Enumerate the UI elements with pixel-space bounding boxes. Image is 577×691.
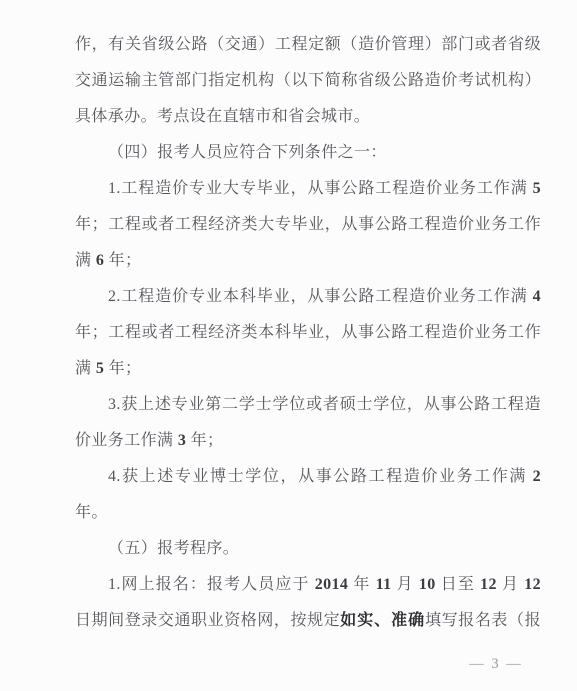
text-segment: 日期间登录交通职业资格网，按规定 [75, 612, 340, 629]
text-line: 2.工程造价专业本科毕业，从事公路工程造价业务工作满 4 [75, 279, 541, 315]
text-line: 价业务工作满 3 年； [75, 423, 541, 459]
text-segment: 满 [75, 360, 96, 377]
numeral-text: 12 [524, 576, 541, 593]
text-segment: 年 [348, 576, 375, 593]
text-line: 4.获上述专业博士学位，从事公路工程造价业务工作满 2 [75, 459, 541, 495]
text-segment: 1.网上报名：报考人员应于 [108, 576, 315, 593]
numeral-text: 3 [178, 432, 186, 449]
text-segment: 3.获上述专业第二学士学位或者硕士学位，从事公路工程造 [108, 396, 541, 413]
text-line: 1.网上报名：报考人员应于 2014 年 11 月 10 日至 12 月 12 [75, 567, 541, 603]
numeral-text: 2 [533, 468, 541, 485]
text-line: 交通运输主管部门指定机构（以下简称省级公路造价考试机构） [75, 63, 541, 99]
text-segment: 月 [392, 576, 419, 593]
text-line: 年。 [75, 495, 541, 531]
text-segment: 交通运输主管部门指定机构（以下简称省级公路造价考试机构） [75, 72, 541, 89]
numeral-text: 10 [419, 576, 436, 593]
text-line: 满 5 年； [75, 351, 541, 387]
text-segment: 年； [104, 360, 141, 377]
text-line: （五）报考程序。 [75, 531, 541, 567]
text-segment: 月 [497, 576, 524, 593]
text-line: 1.工程造价专业大专毕业，从事公路工程造价业务工作满 5 [75, 171, 541, 207]
text-line: 作，有关省级公路（交通）工程定额（造价管理）部门或者省级 [75, 27, 541, 63]
numeral-text: 11 [376, 576, 392, 593]
text-segment: 年。 [75, 504, 108, 521]
text-segment: 2.工程造价专业本科毕业，从事公路工程造价业务工作满 [108, 288, 533, 305]
text-segment: 年；工程或者工程经济类本科毕业，从事公路工程造价业务工作 [75, 324, 541, 341]
text-segment: （四）报考人员应符合下列条件之一： [108, 144, 387, 161]
numeral-text: 5 [533, 180, 541, 197]
text-line: 年；工程或者工程经济类大专毕业，从事公路工程造价业务工作 [75, 207, 541, 243]
text-line: 具体承办。考点设在直辖市和省会城市。 [75, 99, 541, 135]
page-number: — 3 — [461, 654, 531, 674]
text-segment: 年； [104, 252, 141, 269]
text-segment: 满 [75, 252, 96, 269]
text-line: （四）报考人员应符合下列条件之一： [75, 135, 541, 171]
numeral-text: 5 [96, 360, 104, 377]
numeral-text: 6 [96, 252, 104, 269]
numeral-text: 4 [533, 288, 541, 305]
text-segment: （五）报考程序。 [108, 540, 239, 557]
text-segment: 具体承办。考点设在直辖市和省会城市。 [75, 108, 370, 125]
document-body: 作，有关省级公路（交通）工程定额（造价管理）部门或者省级交通运输主管部门指定机构… [75, 27, 541, 639]
text-line: 3.获上述专业第二学士学位或者硕士学位，从事公路工程造 [75, 387, 541, 423]
text-segment: 年；工程或者工程经济类大专毕业，从事公路工程造价业务工作 [75, 216, 541, 233]
text-segment: 4.获上述专业博士学位，从事公路工程造价业务工作满 [108, 468, 533, 485]
text-segment: 作，有关省级公路（交通）工程定额（造价管理）部门或者省级 [75, 36, 541, 53]
text-segment: 价业务工作满 [75, 432, 178, 449]
text-line: 日期间登录交通职业资格网，按规定如实、准确填写报名表（报 [75, 603, 541, 639]
text-segment: 1.工程造价专业大专毕业，从事公路工程造价业务工作满 [108, 180, 533, 197]
numeral-text: 12 [480, 576, 497, 593]
text-line: 满 6 年； [75, 243, 541, 279]
text-segment: 填写报名表（报 [425, 612, 541, 629]
text-segment: 年； [186, 432, 223, 449]
bold-text: 如实、准确 [340, 612, 425, 629]
numeral-text: 2014 [315, 576, 349, 593]
text-segment: 日至 [436, 576, 480, 593]
text-line: 年；工程或者工程经济类本科毕业，从事公路工程造价业务工作 [75, 315, 541, 351]
scanned-document-page: 作，有关省级公路（交通）工程定额（造价管理）部门或者省级交通运输主管部门指定机构… [0, 0, 577, 691]
